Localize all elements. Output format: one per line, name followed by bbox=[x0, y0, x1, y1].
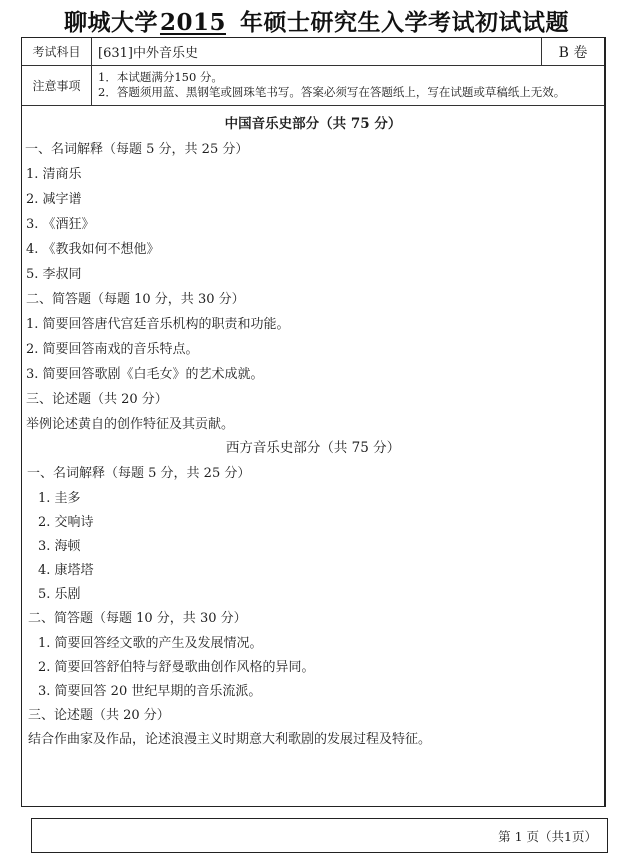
note-item: 1．本试题满分150 分。 bbox=[98, 70, 223, 85]
question-item: 2. 简要回答南戏的音乐特点。 bbox=[26, 338, 199, 357]
question-item: 3. 简要回答歌剧《白毛女》的艺术成就。 bbox=[26, 363, 264, 382]
question-item: 2. 减字谱 bbox=[26, 188, 82, 207]
subject-value: [631]中外音乐史 bbox=[92, 38, 541, 65]
exam-paper-frame: 考试科目 [631]中外音乐史 B 卷 注意事项 1．本试题满分150 分。 2… bbox=[21, 37, 606, 807]
question-item: 1. 简要回答经文歌的产生及发展情况。 bbox=[38, 632, 263, 651]
question-item: 2. 简要回答舒伯特与舒曼歌曲创作风格的异同。 bbox=[38, 656, 315, 675]
section-title-chinese: 中国音乐史部分（共 75 分） bbox=[22, 112, 604, 132]
question-item: 1. 简要回答唐代宫廷音乐机构的职责和功能。 bbox=[26, 313, 290, 332]
part-heading: 二、简答题（每题 10 分，共 30 分） bbox=[26, 288, 245, 307]
section-title-western: 西方音乐史部分（共 75 分） bbox=[22, 436, 604, 456]
question-item: 1. 清商乐 bbox=[26, 163, 82, 182]
essay-question: 结合作曲家及作品，论述浪漫主义时期意大利歌剧的发展过程及特征。 bbox=[28, 728, 431, 747]
page-indicator: 第 1 页（共1页） bbox=[498, 827, 597, 845]
question-item: 5. 乐剧 bbox=[38, 583, 81, 602]
notes-label: 注意事项 bbox=[22, 65, 92, 105]
notes-row: 注意事项 1．本试题满分150 分。 2．答题须用蓝、黑钢笔或圆珠笔书写。答案必… bbox=[22, 65, 604, 106]
part-heading: 一、名词解释（每题 5 分，共 25 分） bbox=[25, 138, 248, 157]
part-heading: 三、论述题（共 20 分） bbox=[28, 704, 170, 723]
title-prefix: 聊城大学 bbox=[64, 9, 158, 36]
question-item: 5. 李叔同 bbox=[26, 263, 82, 282]
part-heading: 三、论述题（共 20 分） bbox=[26, 388, 168, 407]
part-heading: 一、名词解释（每题 5 分，共 25 分） bbox=[27, 462, 250, 481]
question-item: 3. 简要回答 20 世纪早期的音乐流派。 bbox=[38, 680, 261, 699]
exam-title: 聊城大学2015年硕士研究生入学考试初试试题 bbox=[0, 4, 633, 37]
question-item: 3. 海顿 bbox=[38, 535, 81, 554]
question-item: 2. 交响诗 bbox=[38, 511, 94, 530]
exam-year: 2015 bbox=[158, 9, 240, 36]
notes-list: 1．本试题满分150 分。 2．答题须用蓝、黑钢笔或圆珠笔书写。答案必须写在答题… bbox=[92, 65, 604, 105]
paper-version: B 卷 bbox=[541, 38, 604, 65]
subject-row: 考试科目 [631]中外音乐史 B 卷 bbox=[22, 38, 604, 66]
subject-label: 考试科目 bbox=[22, 38, 92, 65]
note-item: 2．答题须用蓝、黑钢笔或圆珠笔书写。答案必须写在答题纸上，写在试题或草稿纸上无效… bbox=[98, 85, 565, 100]
essay-question: 举例论述黄自的创作特征及其贡献。 bbox=[26, 413, 234, 432]
question-item: 3. 《酒狂》 bbox=[26, 213, 95, 232]
page-footer: 第 1 页（共1页） bbox=[31, 818, 608, 853]
title-suffix: 年硕士研究生入学考试初试试题 bbox=[240, 9, 569, 36]
part-heading: 二、简答题（每题 10 分，共 30 分） bbox=[28, 607, 247, 626]
question-item: 1. 圭多 bbox=[38, 487, 81, 506]
question-item: 4. 《教我如何不想他》 bbox=[26, 238, 160, 257]
question-item: 4. 康塔塔 bbox=[38, 559, 94, 578]
